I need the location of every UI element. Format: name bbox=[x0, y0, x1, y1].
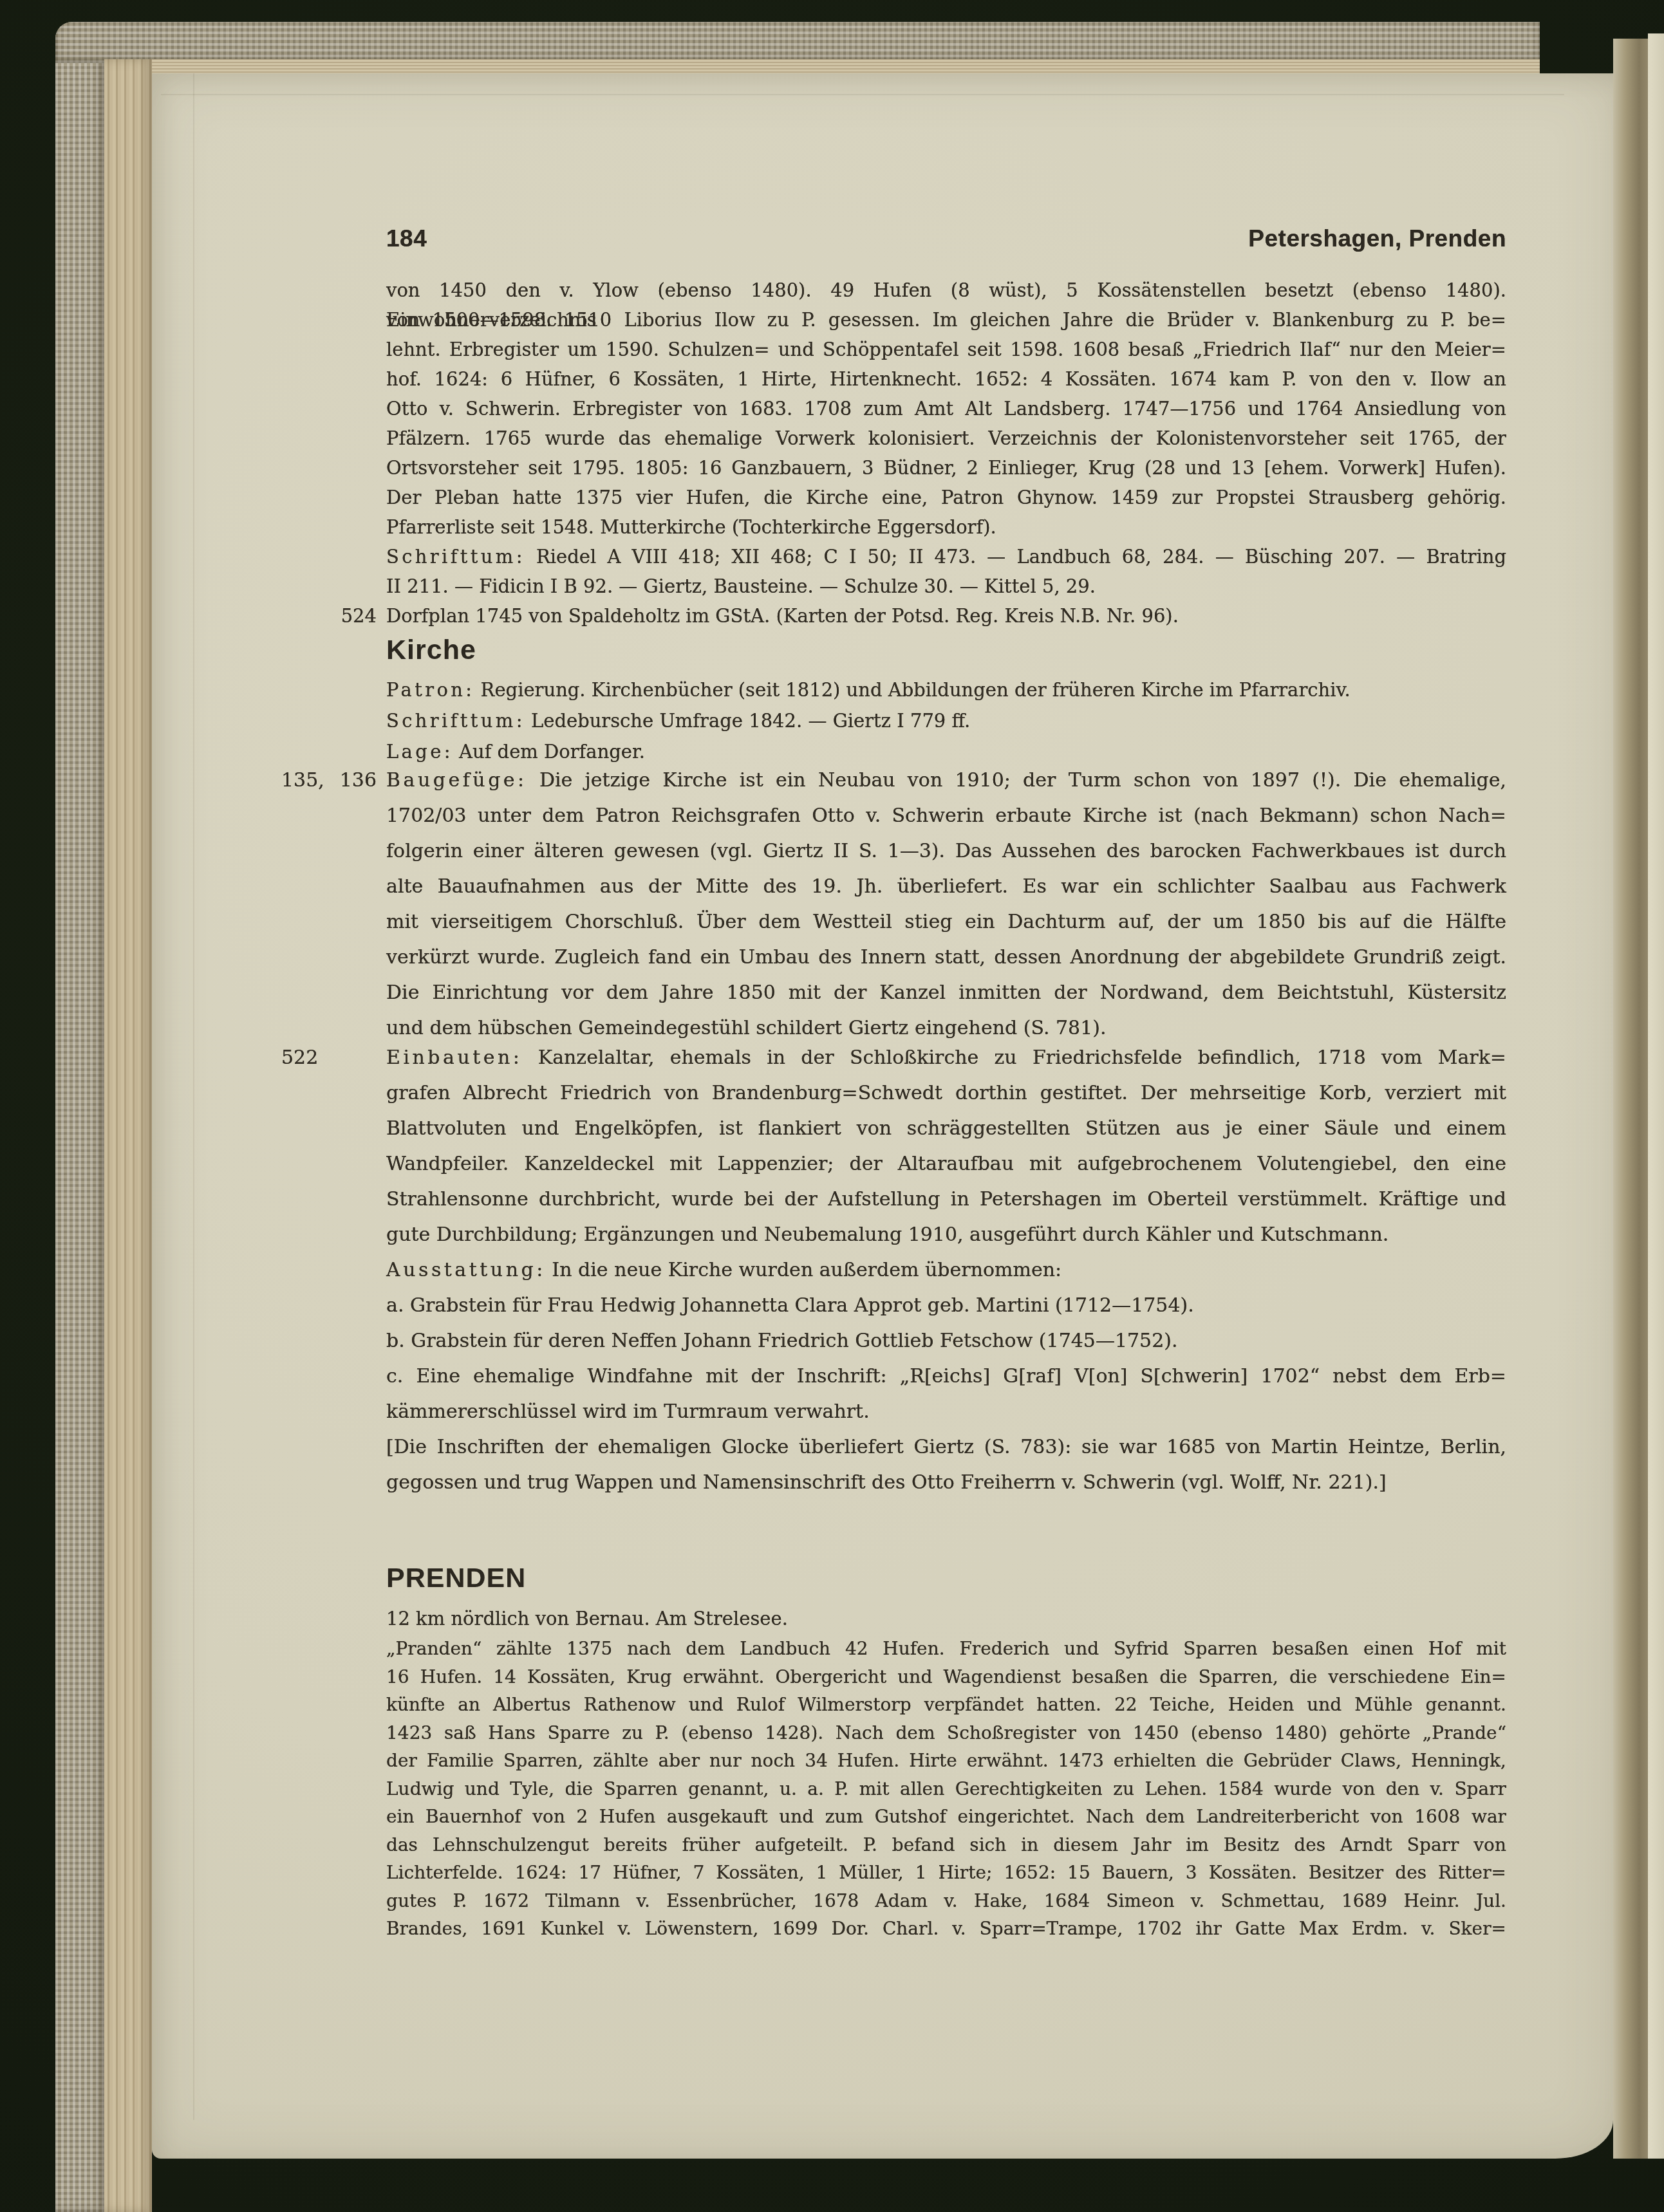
text-line: grafen Albrecht Friedrich von Brandenbur… bbox=[386, 1075, 1506, 1111]
paragraph-baugefuege: 135, 136Baugefüge: Die jetzige Kirche is… bbox=[386, 763, 1506, 1046]
text-line: „Pranden“ zählte 1375 nach dem Landbuch … bbox=[386, 1635, 1506, 1663]
text-line: Wandpfeiler. Kanzeldeckel mit Lappenzier… bbox=[386, 1146, 1506, 1182]
text-line: Strahlensonne durchbricht, wurde bei der… bbox=[386, 1182, 1506, 1217]
book-gutter-shadow bbox=[1613, 39, 1648, 2159]
page-crease bbox=[161, 94, 1564, 95]
text-line: Ludwig und Tyle, die Sparren genannt, u.… bbox=[386, 1775, 1506, 1803]
text-line: Der Pleban hatte 1375 vier Hufen, die Ki… bbox=[386, 483, 1506, 512]
text-line: Blattvoluten und Engelköpfen, ist flanki… bbox=[386, 1111, 1506, 1146]
book-cover-edge-left bbox=[55, 22, 104, 2212]
text-line: Pfarrerliste seit 1548. Mutterkirche (To… bbox=[386, 512, 1506, 542]
text-line: c. Eine ehemalige Windfahne mit der Insc… bbox=[386, 1359, 1506, 1394]
book-cover-edge-top bbox=[55, 22, 1540, 63]
text-line: Schrifttum: Ledebursche Umfrage 1842. — … bbox=[386, 705, 1506, 736]
text-line: Patron: Regierung. Kirchenbücher (seit 1… bbox=[386, 674, 1506, 705]
text-line: Otto v. Schwerin. Erbregister von 1683. … bbox=[386, 394, 1506, 423]
margin-number: 524 bbox=[281, 601, 377, 631]
text-line: lehnt. Erbregister um 1590. Schulzen= un… bbox=[386, 335, 1506, 364]
page-crease bbox=[193, 73, 194, 2120]
paragraph-ausstattung: Ausstattung: In die neue Kirche wurden a… bbox=[386, 1252, 1506, 1500]
text-line: 12 km nördlich von Bernau. Am Strelesee. bbox=[386, 1604, 1506, 1633]
text-line: der Familie Sparren, zählte aber nur noc… bbox=[386, 1747, 1506, 1775]
text-line: hof. 1624: 6 Hüfner, 6 Kossäten, 1 Hirte… bbox=[386, 364, 1506, 394]
spaced-label: Einbauten: bbox=[386, 1046, 522, 1069]
text-line: gegossen und trug Wappen und Namensinsch… bbox=[386, 1465, 1506, 1500]
margin-number: 135, 136 bbox=[281, 763, 377, 798]
paragraph-dorfplan: 524Dorfplan 1745 von Spaldeholtz im GStA… bbox=[386, 601, 1506, 631]
paragraph-einbauten: 522Einbauten: Kanzelaltar, ehemals in de… bbox=[386, 1040, 1506, 1252]
text-line: mit vierseitigem Chorschluß. Über dem We… bbox=[386, 904, 1506, 940]
text-line: 135, 136Baugefüge: Die jetzige Kirche is… bbox=[386, 763, 1506, 798]
text-line: verkürzt wurde. Zugleich fand ein Umbau … bbox=[386, 940, 1506, 975]
text-line: Ortsvorsteher seit 1795. 1805: 16 Ganzba… bbox=[386, 453, 1506, 483]
page-stack-edge-left bbox=[104, 59, 152, 2212]
facing-page-edge bbox=[1648, 33, 1664, 2159]
text-line: 16 Hufen. 14 Kossäten, Krug erwähnt. Obe… bbox=[386, 1663, 1506, 1691]
text-line: 524Dorfplan 1745 von Spaldeholtz im GStA… bbox=[386, 601, 1506, 631]
text-line: Die Einrichtung vor dem Jahre 1850 mit d… bbox=[386, 975, 1506, 1010]
text-line: Lichterfelde. 1624: 17 Hüfner, 7 Kossäte… bbox=[386, 1859, 1506, 1887]
page-number: 184 bbox=[386, 225, 427, 252]
section-heading-prenden: PRENDEN bbox=[386, 1563, 526, 1594]
text-line: a. Grabstein für Frau Hedwig Johannetta … bbox=[386, 1288, 1506, 1323]
line-schrifttum: Schrifttum: Ledebursche Umfrage 1842. — … bbox=[386, 705, 1506, 736]
text-line: von 1450 den v. Ylow (ebenso 1480). 49 H… bbox=[386, 275, 1506, 305]
line-patron: Patron: Regierung. Kirchenbücher (seit 1… bbox=[386, 674, 1506, 705]
spaced-label: Baugefüge: bbox=[386, 769, 527, 792]
text-line: b. Grabstein für deren Neffen Johann Fri… bbox=[386, 1323, 1506, 1359]
spaced-label: Lage: bbox=[386, 741, 453, 763]
text-line: gutes P. 1672 Tilmann v. Essenbrücher, 1… bbox=[386, 1887, 1506, 1915]
paragraph-petershagen: von 1450 den v. Ylow (ebenso 1480). 49 H… bbox=[386, 275, 1506, 601]
running-title: Petershagen, Prenden bbox=[1248, 225, 1506, 252]
book-photo: 184 Petershagen, Prenden von 1450 den v.… bbox=[0, 0, 1664, 2212]
text-line: von 1500—1598. 1510 Liborius Ilow zu P. … bbox=[386, 305, 1506, 335]
text-line: 1702/03 unter dem Patron Reichsgrafen Ot… bbox=[386, 798, 1506, 833]
page-stack-edge-top bbox=[152, 59, 1540, 75]
margin-number: 522 bbox=[281, 1040, 377, 1075]
text-line: kämmererschlüssel wird im Turmraum verwa… bbox=[386, 1394, 1506, 1429]
spaced-label: Ausstattung: bbox=[386, 1259, 546, 1281]
text-line: ein Bauernhof von 2 Hufen ausgekauft und… bbox=[386, 1803, 1506, 1831]
text-line: folgerin einer älteren gewesen (vgl. Gie… bbox=[386, 833, 1506, 869]
spaced-label: Schrifttum: bbox=[386, 710, 525, 732]
text-line: 1423 saß Hans Sparre zu P. (ebenso 1428)… bbox=[386, 1719, 1506, 1747]
text-line: [Die Inschriften der ehemaligen Glocke ü… bbox=[386, 1429, 1506, 1465]
text-line: 522Einbauten: Kanzelaltar, ehemals in de… bbox=[386, 1040, 1506, 1075]
spaced-label: Schrifttum: bbox=[386, 546, 525, 568]
text-line: alte Bauaufnahmen aus der Mitte des 19. … bbox=[386, 869, 1506, 904]
text-line: gute Durchbildung; Ergänzungen und Neube… bbox=[386, 1217, 1506, 1252]
text-line: II 211. — Fidicin I B 92. — Giertz, Baus… bbox=[386, 572, 1506, 601]
spaced-label: Patron: bbox=[386, 679, 474, 701]
running-header: 184 Petershagen, Prenden bbox=[386, 225, 1506, 252]
paragraph-prenden: „Pranden“ zählte 1375 nach dem Landbuch … bbox=[386, 1635, 1506, 1943]
text-line: Brandes, 1691 Kunkel v. Löwenstern, 1699… bbox=[386, 1915, 1506, 1943]
text-line: Pfälzern. 1765 wurde das ehemalige Vorwe… bbox=[386, 423, 1506, 453]
line-prenden-intro: 12 km nördlich von Bernau. Am Strelesee. bbox=[386, 1604, 1506, 1633]
text-line: das Lehnschulzengut bereits früher aufge… bbox=[386, 1831, 1506, 1859]
text-line: Schrifttum: Riedel A VIII 418; XII 468; … bbox=[386, 542, 1506, 572]
text-line: Ausstattung: In die neue Kirche wurden a… bbox=[386, 1252, 1506, 1288]
text-line: künfte an Albertus Rathenow und Rulof Wi… bbox=[386, 1691, 1506, 1719]
section-heading-kirche: Kirche bbox=[386, 635, 476, 666]
